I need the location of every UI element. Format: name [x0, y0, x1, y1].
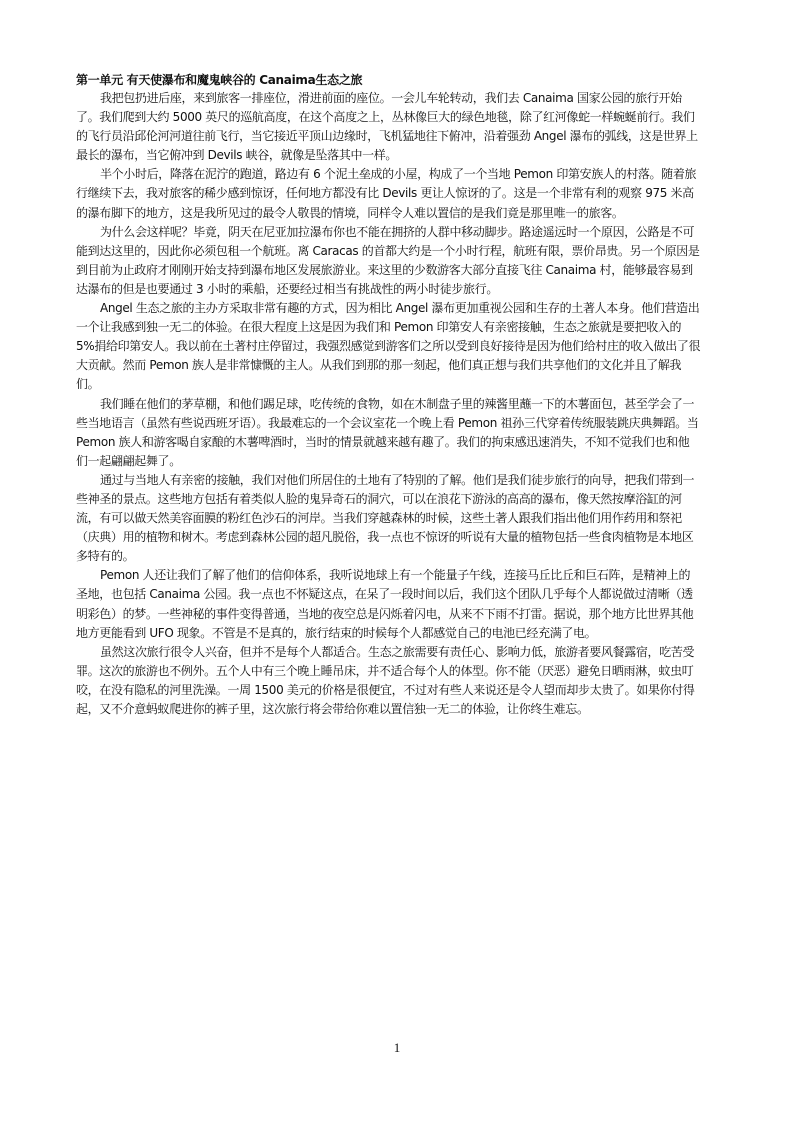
text-line: 咬，在没有隐私的河里洗澡。一周 1500 美元的价格是很便宜，不过对有些人来说还…: [76, 681, 720, 700]
text-line: 大贡献。然而 Pemon 族人是非常慷慨的主人。从我们到那的那一刻起，他们真正想…: [76, 356, 720, 375]
text-line: Pemon 族人和游客喝自家酿的木薯啤酒时，当时的情景就越来越有趣了。我们的拘束…: [76, 433, 720, 452]
text-line: 5%捐给印第安人。我以前在土著村庄停留过，我强烈感觉到游客们之所以受到良好接待是…: [76, 337, 720, 356]
text-line: 起，又不介意蚂蚁爬进你的裤子里，这次旅行将会带给你难以置信独一无二的体验，让你终…: [76, 700, 720, 719]
text-line: 行继续下去，我对旅客的稀少感到惊讶，任何地方都没有比 Devils 更让人惊讶的…: [76, 184, 720, 203]
text-line: 到目前为止政府才刚刚开始支持到瀑布地区发展旅游业。来这里的少数游客大部分直接飞往…: [76, 261, 720, 280]
text-line: 能到达这里的，因此你必须包租一个航班。离 Caracas 的首都大约是一个小时行…: [76, 242, 720, 261]
text-line: 们。: [76, 375, 720, 394]
paragraph: 为什么会这样呢？毕竟，阴天在尼亚加拉瀑布你也不能在拥挤的人群中移动脚步。路途遥远…: [76, 223, 720, 299]
paragraph: 虽然这次旅行很令人兴奋，但并不是每个人都适合。生态之旅需要有责任心、影响力低，旅…: [76, 643, 720, 719]
paragraph: 半个小时后，降落在泥泞的跑道，路边有 6 个泥土垒成的小屋，构成了一个当地 Pe…: [76, 165, 720, 222]
text-line: 多特有的。: [76, 547, 720, 566]
text-line: 的飞行员沿邱伦河河道往前飞行，当它接近平顶山边缘时，飞机猛地往下俯冲，沿着强劲 …: [76, 127, 720, 146]
text-line: 我们睡在他们的茅草棚，和他们踢足球，吃传统的食物，如在木制盘子里的辣酱里蘸一下的…: [76, 395, 720, 414]
text-line: 的瀑布脚下的地方，这是我所见过的最令人敬畏的情境，同样令人难以置信的是我们竟是那…: [76, 204, 720, 223]
text-line: 为什么会这样呢？毕竟，阴天在尼亚加拉瀑布你也不能在拥挤的人群中移动脚步。路途遥远…: [76, 223, 720, 242]
text-line: 通过与当地人有亲密的接触，我们对他们所居住的土地有了特别的了解。他们是我们徒步旅…: [76, 471, 720, 490]
text-line: 罪。这次的旅游也不例外。五个人中有三个晚上睡吊床，并不适合每个人的体型。你不能（…: [76, 662, 720, 681]
text-line: 们一起翩翩起舞了。: [76, 452, 720, 471]
document-page: 第一单元 有天使瀑布和魔鬼峡谷的 Canaima生态之旅 我把包扔进后座，来到旅…: [76, 71, 720, 719]
text-line: 半个小时后，降落在泥泞的跑道，路边有 6 个泥土垒成的小屋，构成了一个当地 Pe…: [76, 165, 720, 184]
text-line: 一个让我感到独一无二的体验。在很大程度上这是因为我们和 Pemon 印第安人有亲…: [76, 318, 720, 337]
text-line: 我把包扔进后座，来到旅客一排座位，滑进前面的座位。一会儿车轮转动，我们去 Can…: [76, 89, 720, 108]
text-line: 最长的瀑布，当它俯冲到 Devils 峡谷，就像是坠落其中一样。: [76, 146, 720, 165]
paragraph: Pemon 人还让我们了解了他们的信仰体系，我听说地球上有一个能量子午线，连接马…: [76, 566, 720, 642]
text-line: 达瀑布的但是也要通过 3 小时的乘船，还要经过相当有挑战性的两小时徒步旅行。: [76, 280, 720, 299]
text-line: 了。我们爬到大约 5000 英尺的巡航高度，在这个高度之上，丛林像巨大的绿色地毯…: [76, 108, 720, 127]
paragraph: 我把包扔进后座，来到旅客一排座位，滑进前面的座位。一会儿车轮转动，我们去 Can…: [76, 89, 720, 165]
text-line: 些神圣的景点。这些地方包括有着类似人脸的鬼异奇石的洞穴，可以在浪花下游泳的高高的…: [76, 490, 720, 509]
page-number: 1: [0, 1040, 794, 1056]
document-body: 我把包扔进后座，来到旅客一排座位，滑进前面的座位。一会儿车轮转动，我们去 Can…: [76, 89, 720, 719]
text-line: 地方更能看到 UFO 现象。不管是不是真的，旅行结束的时候每个人都感觉自己的电池…: [76, 624, 720, 643]
text-line: 些当地语言（虽然有些说西班牙语）。我最难忘的一个会议室花一个晚上看 Pemon …: [76, 414, 720, 433]
text-line: （庆典）用的植物和树木。考虑到森林公园的超凡脱俗，我一点也不惊讶的听说有大量的植…: [76, 528, 720, 547]
paragraph: Angel 生态之旅的主办方采取非常有趣的方式，因为相比 Angel 瀑布更加重…: [76, 299, 720, 394]
text-line: 圣地，也包括 Canaima 公园。我一点也不怀疑这点，在呆了一段时间以后，我们…: [76, 585, 720, 604]
text-line: Angel 生态之旅的主办方采取非常有趣的方式，因为相比 Angel 瀑布更加重…: [76, 299, 720, 318]
text-line: 明彩色）的梦。一些神秘的事件变得普通，当地的夜空总是闪烁着闪电，从来不下雨不打雷…: [76, 605, 720, 624]
paragraph: 通过与当地人有亲密的接触，我们对他们所居住的土地有了特别的了解。他们是我们徒步旅…: [76, 471, 720, 566]
paragraph: 我们睡在他们的茅草棚，和他们踢足球，吃传统的食物，如在木制盘子里的辣酱里蘸一下的…: [76, 395, 720, 471]
text-line: 虽然这次旅行很令人兴奋，但并不是每个人都适合。生态之旅需要有责任心、影响力低，旅…: [76, 643, 720, 662]
unit-title: 第一单元 有天使瀑布和魔鬼峡谷的 Canaima生态之旅: [76, 71, 720, 89]
text-line: Pemon 人还让我们了解了他们的信仰体系，我听说地球上有一个能量子午线，连接马…: [76, 566, 720, 585]
text-line: 流，有可以做天然美容面膜的粉红色沙石的河岸。当我们穿越森林的时候，这些土著人跟我…: [76, 509, 720, 528]
